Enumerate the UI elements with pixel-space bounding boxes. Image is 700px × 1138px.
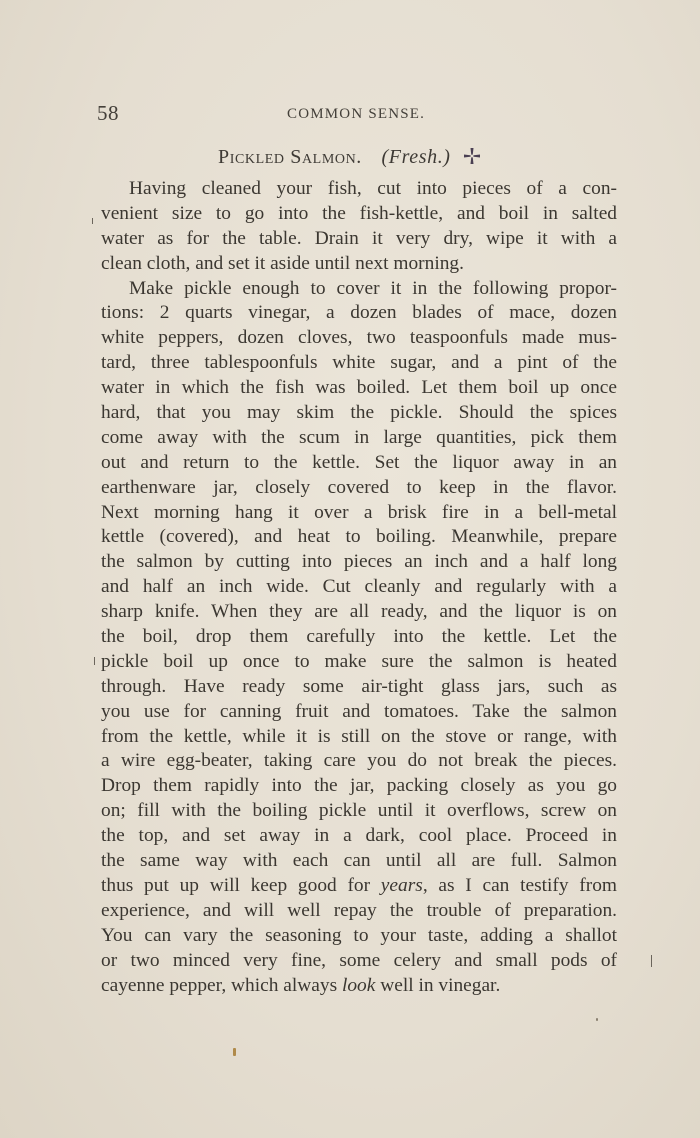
text-line: come away with the scum in large quantit… [101, 426, 617, 451]
text-line: the salmon by cutting into pieces an inc… [101, 550, 617, 575]
text-span: , as I can testify from [423, 875, 617, 896]
maltese-cross-icon [464, 147, 480, 163]
text-line: experience, and will well repay the trou… [101, 899, 617, 924]
text-line: You can vary the seasoning to your taste… [101, 924, 617, 949]
text-line: or two minced very fine, some celery and… [101, 949, 617, 974]
text-line: out and return to the kettle. Set the li… [101, 451, 617, 476]
text-line: venient size to go into the fish-kettle,… [101, 202, 617, 227]
paper-speck [596, 1018, 598, 1021]
text-line: the same way with each can until all are… [101, 849, 617, 874]
text-line: the boil, drop them carefully into the k… [101, 625, 617, 650]
text-line: and half an inch wide. Cut cleanly and r… [101, 575, 617, 600]
text-line: earthenware jar, closely covered to keep… [101, 476, 617, 501]
text-line: water as for the table. Drain it very dr… [101, 227, 617, 252]
margin-mark [651, 955, 652, 967]
text-line: hard, that you may skim the pickle. Shou… [101, 401, 617, 426]
text-line: pickle boil up once to make sure the sal… [101, 650, 617, 675]
text-span: well in vinegar. [375, 975, 500, 996]
text-line: the top, and set away in a dark, cool pl… [101, 824, 617, 849]
text-line: Next morning hang it over a brisk fire i… [101, 501, 617, 526]
text-line: a wire egg-beater, taking care you do no… [101, 749, 617, 774]
text-line: thus put up will keep good for years, as… [101, 874, 617, 899]
text-line: sharp knife. When they are all ready, an… [101, 600, 617, 625]
text-line: clean cloth, and set it aside until next… [101, 252, 617, 277]
recipe-title: Pickled Salmon. (Fresh.) [218, 146, 480, 169]
text-line: tions: 2 quarts vinegar, a dozen blades … [101, 301, 617, 326]
recipe-title-text: Pickled Salmon. [218, 146, 362, 168]
text-span: thus put up will keep good for [101, 875, 381, 896]
recipe-body: Having cleaned your fish, cut into piece… [101, 177, 617, 998]
text-span: cayenne pepper, which always [101, 975, 342, 996]
text-line: cayenne pepper, which always look well i… [101, 974, 617, 999]
page-number: 58 [97, 101, 119, 126]
margin-mark [92, 218, 93, 224]
text-line: on; fill with the boiling pickle until i… [101, 799, 617, 824]
text-line: Make pickle enough to cover it in the fo… [101, 277, 617, 302]
text-line: through. Have ready some air-tight glass… [101, 675, 617, 700]
text-line: kettle (covered), and heat to boiling. M… [101, 525, 617, 550]
text-line: from the kettle, while it is still on th… [101, 725, 617, 750]
margin-mark [94, 657, 95, 665]
recipe-title-note: (Fresh.) [382, 146, 451, 168]
text-line: white peppers, dozen cloves, two teaspoo… [101, 326, 617, 351]
text-line: Having cleaned your fish, cut into piece… [101, 177, 617, 202]
emphasis-years: years [381, 875, 423, 896]
text-line: tard, three tablespoonfuls white sugar, … [101, 351, 617, 376]
text-line: Drop them rapidly into the jar, packing … [101, 774, 617, 799]
text-line: you use for canning fruit and tomatoes. … [101, 700, 617, 725]
running-head: COMMON SENSE. [287, 106, 425, 123]
text-line: water in which the fish was boiled. Let … [101, 376, 617, 401]
emphasis-look: look [342, 975, 375, 996]
paper-speck [233, 1048, 236, 1056]
